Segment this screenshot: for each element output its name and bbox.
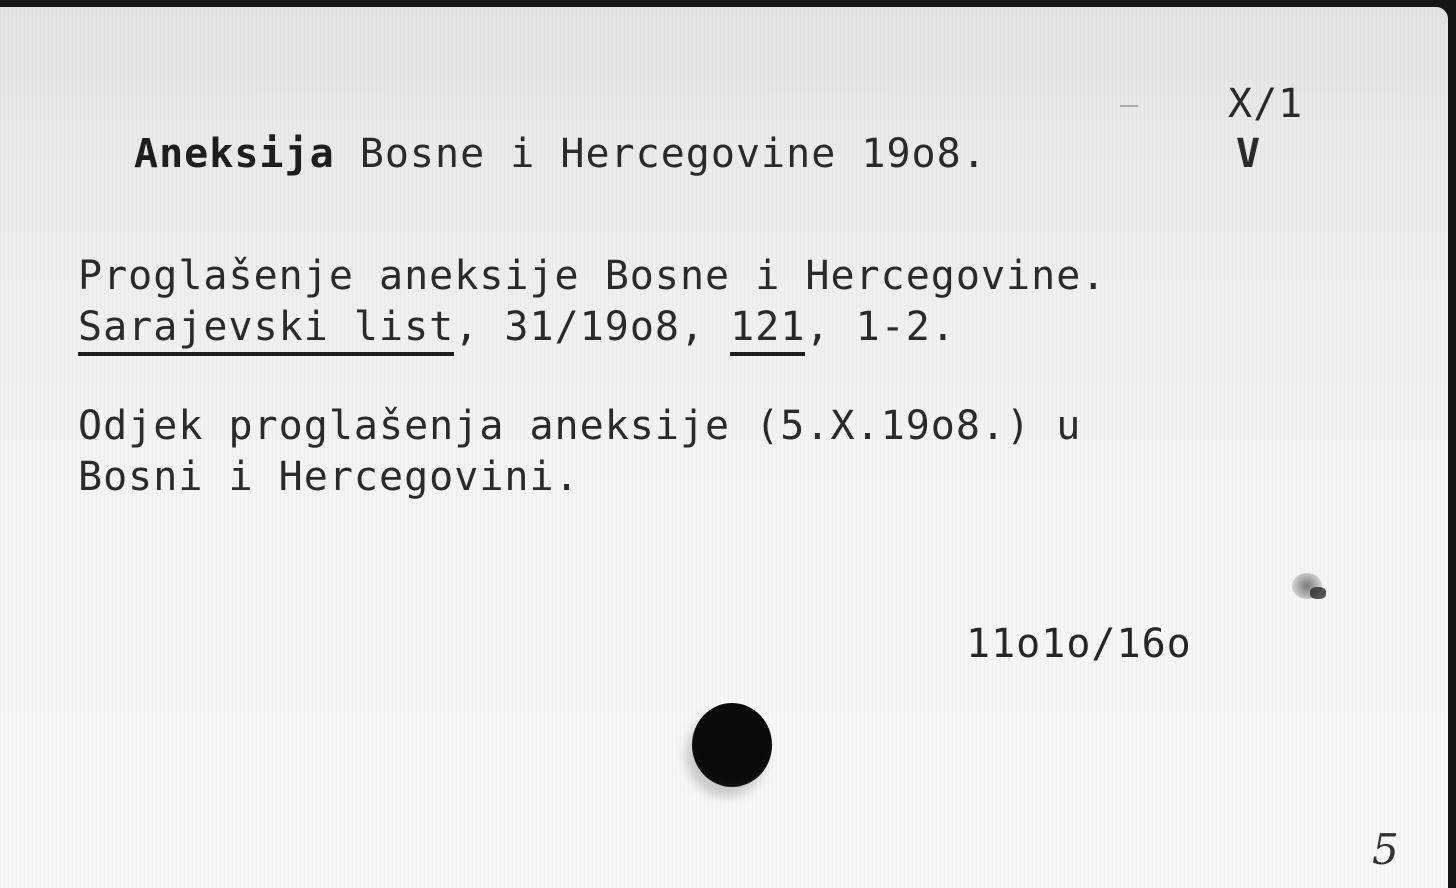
- classification-bottom: V: [1236, 129, 1261, 179]
- entry-2-line-2: Bosni i Hercegovini.: [78, 452, 580, 502]
- ink-smudge-dark: [1310, 587, 1326, 599]
- separator: ,: [454, 304, 504, 350]
- separator: ,: [805, 304, 855, 350]
- entry-1-source: Sarajevski list, 31/19o8, 121, 1-2.: [78, 302, 956, 352]
- card-heading: Aneksija Bosne i Hercegovine 19o8.: [134, 129, 987, 179]
- entry-2-line-1: Odjek proglašenja aneksije (5.X.19o8.) u: [78, 401, 1081, 451]
- publication-name: Sarajevski list: [78, 304, 454, 356]
- entry-1-title: Proglašenje aneksije Bosne i Hercegovine…: [78, 251, 1106, 301]
- volume-year: 31/19o8: [504, 304, 680, 350]
- punch-hole: [692, 703, 772, 787]
- heading-bold-word: Aneksija: [134, 131, 335, 177]
- catalog-card: Aneksija Bosne i Hercegovine 19o8. X/1 V…: [0, 7, 1448, 888]
- scan-frame: Aneksija Bosne i Hercegovine 19o8. X/1 V…: [0, 0, 1456, 888]
- handwritten-number: 5: [1372, 825, 1399, 875]
- catalog-number: 11o1o/16o: [966, 619, 1192, 669]
- classification-top: X/1: [1228, 79, 1303, 129]
- separator: ,: [680, 304, 730, 350]
- page-range: 1-2.: [856, 304, 956, 350]
- heading-rest: Bosne i Hercegovine 19o8.: [335, 131, 987, 177]
- stray-mark: [1120, 105, 1138, 107]
- issue-number: 121: [730, 304, 805, 356]
